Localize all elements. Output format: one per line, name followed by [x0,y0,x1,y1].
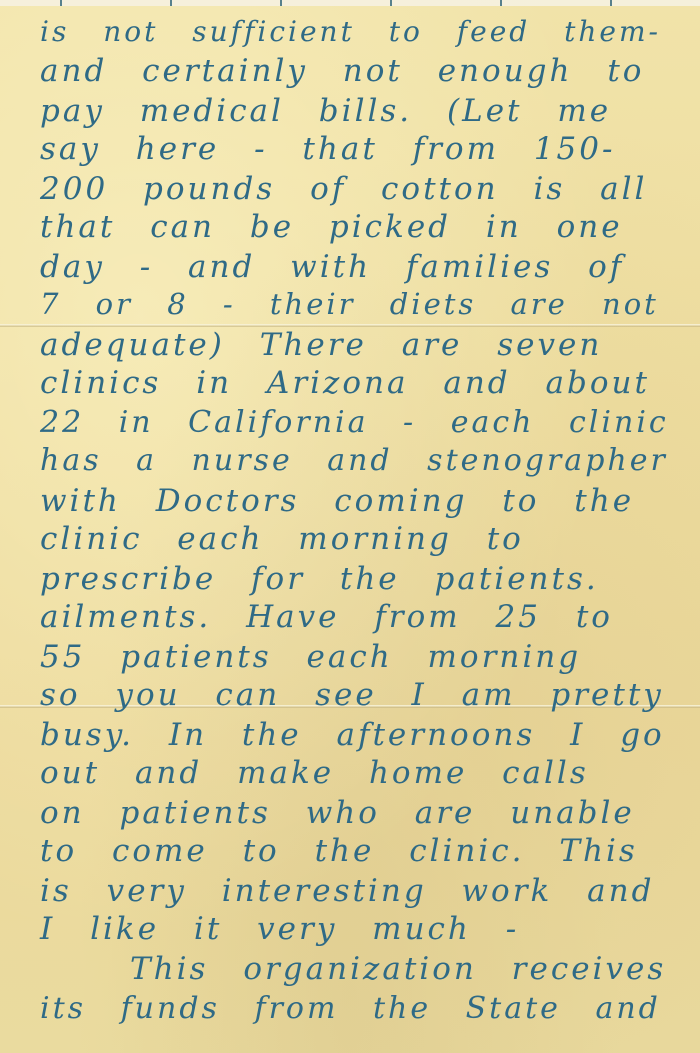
letter-line: out and make home calls [40,758,589,789]
letter-line: 200 pounds of cotton is all [40,174,647,205]
letter-line: clinics in Arizona and about [40,368,650,399]
letter-line: pay medical bills. (Let me [40,96,611,127]
letter-line: ailments. Have from 25 to [40,602,613,633]
letter-line: adequate) There are seven [40,330,602,361]
letter-line: its funds from the State and [40,994,661,1024]
letter-line: and certainly not enough to [40,56,644,87]
letter-line: I like it very much - [40,914,519,945]
letter-line: day - and with families of [40,252,624,283]
letter-line: This organization receives [130,954,666,985]
letter-line: is not sufficient to feed them- [40,18,661,46]
letter-line: on patients who are unable [40,798,635,829]
letter-line: clinic each morning to [40,524,524,555]
letter-line: so you can see I am pretty [40,680,664,711]
letter-line: 55 patients each morning [40,642,581,673]
previous-page-edge [0,0,700,6]
letter-line: prescribe for the patients. [40,564,599,595]
letter-line: 22 in California - each clinic [40,408,669,438]
letter-line: with Doctors coming to the [40,486,634,517]
letter-line: that can be picked in one [40,212,623,243]
letter-line: 7 or 8 - their diets are not [40,290,659,319]
letter-line: has a nurse and stenographer [40,446,668,476]
letter-line: say here - that from 150- [40,134,615,165]
letter-line: is very interesting work and [40,876,654,907]
letter-line: to come to the clinic. This [40,836,638,867]
letter-line: busy. In the afternoons I go [40,720,665,751]
